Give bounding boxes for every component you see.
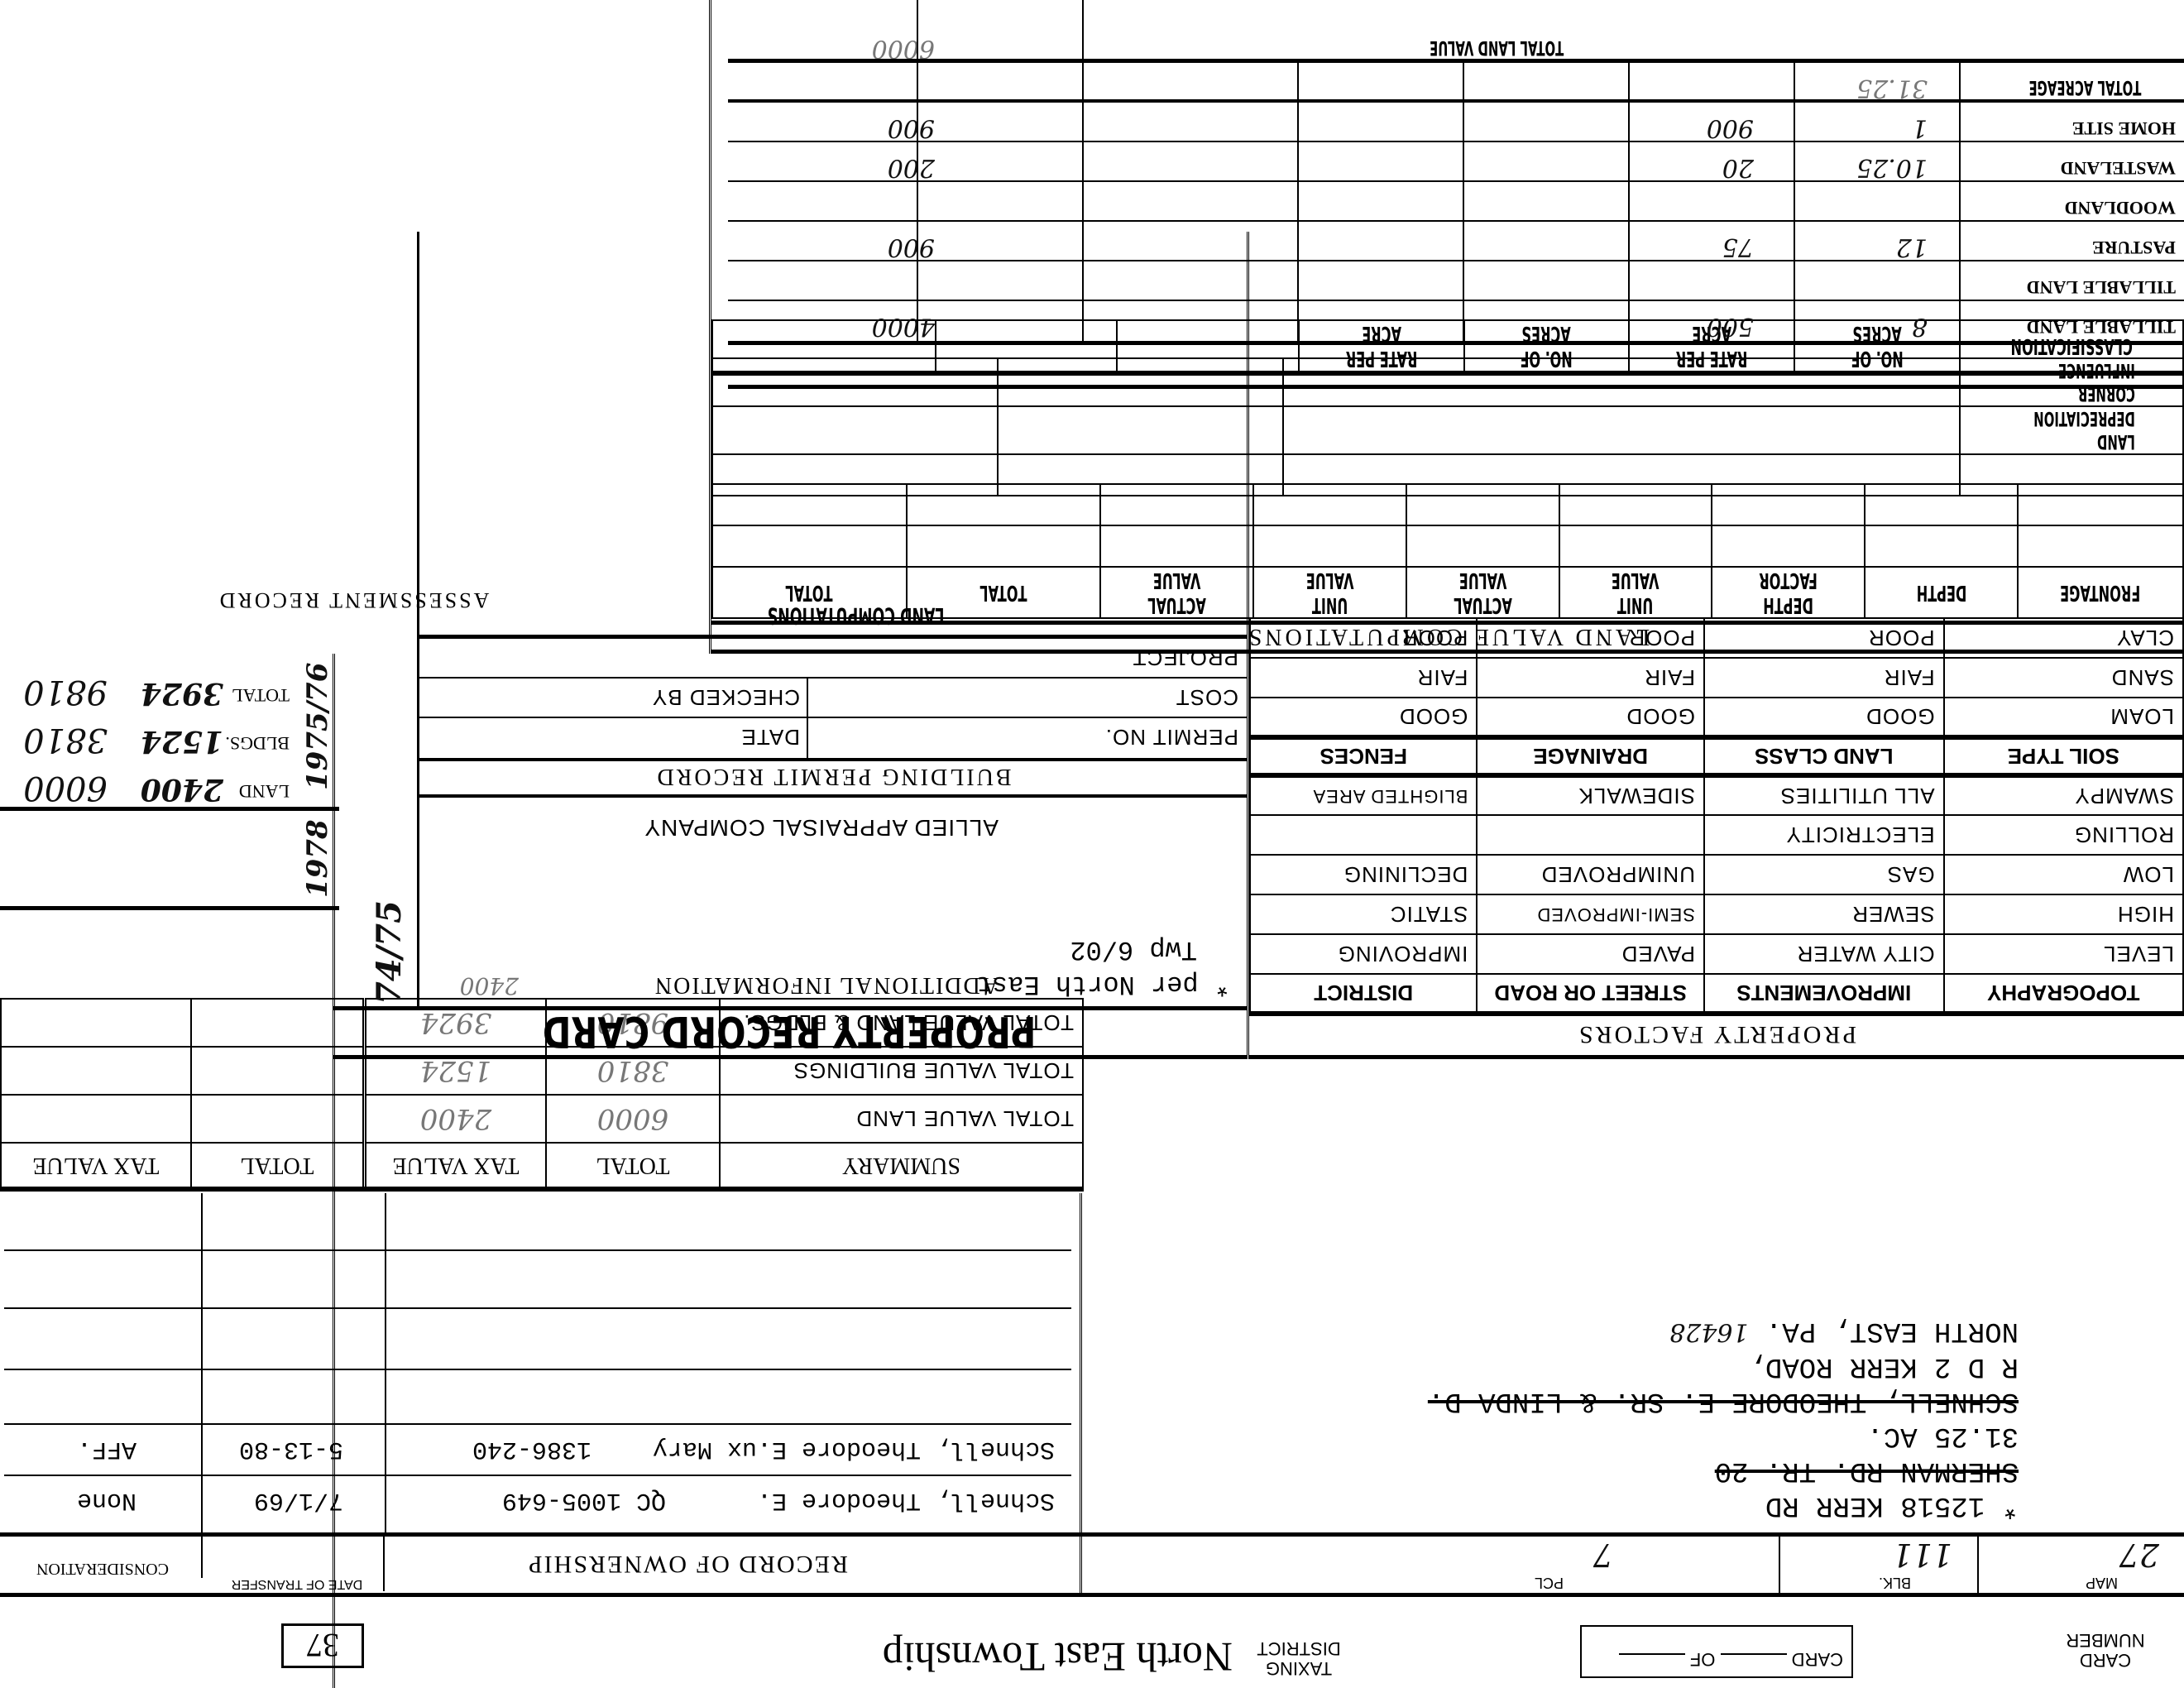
summary-col-total: TOTAL — [546, 1143, 720, 1189]
pf-option-loam[interactable]: LOAM — [1944, 698, 2183, 737]
pf-option-rolling[interactable]: ROLLING — [1944, 815, 2183, 855]
assessment-columns — [0, 654, 335, 1688]
pf-option-declining[interactable]: DECLINING — [1250, 855, 1477, 894]
lv-col-depth: DEPTH — [1916, 580, 1966, 605]
pf-option-swampy[interactable]: SWAMPY — [1944, 775, 2183, 815]
lv-col-depth-factor: DEPTH FACTOR — [1746, 568, 1830, 617]
deed-ref: QC 1005-649 — [502, 1486, 666, 1514]
pf-row: LEVEL CITY WATER PAVED IMPROVING — [1250, 934, 2183, 974]
mailing-line1: R D 2 KERR ROAD, — [1125, 1349, 2019, 1383]
additional-info: ADDITIONAL INFORMATION * per North East … — [419, 799, 1247, 1006]
pf-option-fair-checked[interactable]: FAIR — [1250, 658, 1477, 698]
permit-checked-by-label: CHECKED BY — [652, 684, 800, 710]
property-factors-title: PROPERTY FACTORS — [1249, 1018, 2184, 1059]
property-factors-table: TOPOGRAPHY IMPROVEMENTS STREET OR ROAD D… — [1249, 617, 2184, 1016]
classification-rows-area — [711, 0, 1249, 335]
pf-option-low[interactable]: LOW — [1944, 855, 2183, 894]
lv-col-total: TOTAL — [979, 580, 1027, 605]
taxing-district-value: North East Township — [883, 1633, 1233, 1681]
pf-option-fair-checked[interactable]: FAIR — [1477, 658, 1704, 698]
class-col-classification: CLASSIFICATION — [2010, 333, 2132, 358]
summary-total: 6000 — [546, 1095, 720, 1143]
pf-option-electricity[interactable]: ELECTRICITY — [1704, 815, 1944, 855]
class-col-rate: RATE PER ACRE — [1666, 321, 1757, 371]
property-address: * 12518 KERR RD — [1125, 1488, 2019, 1523]
owner-name: Schnell, Theodore E. — [757, 1486, 1055, 1514]
pf-col-land-class: LAND CLASS — [1704, 737, 1944, 775]
pf-row: LOAM GOOD GOOD GOOD — [1250, 698, 2183, 737]
summary-label: TOTAL VALUE LAND — [720, 1095, 1083, 1143]
summary-col-tax: TAX VALUE — [364, 1143, 546, 1189]
pf-col-soil-type: SOIL TYPE — [1944, 737, 2183, 775]
land-value-table: FRONTAGE DEPTH DEPTH FACTOR UNIT VALUE A… — [711, 483, 2184, 619]
pf-option-empty — [1250, 815, 1477, 855]
pf-col-drainage: DRAINAGE — [1477, 737, 1704, 775]
owner-name: Schnell, Theodore E.ux Mary — [653, 1435, 1055, 1463]
assessment-title: ASSESSMENT RECORD — [0, 587, 709, 612]
pf-option-static[interactable]: STATIC — [1250, 894, 1477, 934]
old-address: SHERMAN RD. TR. 20 — [1125, 1453, 2019, 1488]
pf-option-improving[interactable]: IMPROVING — [1250, 934, 1477, 974]
pf-col-improvements: IMPROVEMENTS — [1704, 974, 1944, 1014]
taxing-district-label: TAXING DISTRICT — [1241, 1638, 1357, 1678]
pf-option-level[interactable]: LEVEL — [1944, 934, 2183, 974]
pf-option-gas[interactable]: GAS — [1704, 855, 1944, 894]
faint-note: 2400 — [460, 972, 519, 1000]
pf-row: SWAMPY ALL UTILITIES SIDEWALK BLIGHTED A… — [1250, 775, 2183, 815]
class-col-acres: NO. OF ACRES — [1832, 321, 1923, 371]
pf-col-topography: TOPOGRAPHY — [1944, 974, 2183, 1014]
permit-no-label: PERMIT NO. — [1105, 724, 1238, 750]
pf-row: HIGH SEWER SEMI-IMPROVED STATIC — [1250, 894, 2183, 934]
land-value-row — [712, 525, 2183, 567]
building-permit-title: BUILDING PERMIT RECORD — [419, 758, 1247, 798]
building-permit-grid: PERMIT NO. DATE COST CHECKED BY PROJECT — [419, 639, 1247, 758]
land-adjustments-table: LAND DEPRECIATION CORNER INFLUENCE — [711, 357, 2184, 496]
card-title-box: PROPERTY RECORD CARD — [333, 1006, 1247, 1059]
land-depreciation-label: LAND DEPRECIATION — [2008, 407, 2135, 453]
deed-ref: 1386-240 — [472, 1435, 591, 1463]
pf-option-fair[interactable]: FAIR — [1704, 658, 1944, 698]
pcl-value: 7 — [1593, 1537, 1613, 1573]
lv-col-unit-value: UNIT VALUE — [1594, 568, 1678, 617]
zip-handwritten: 16428 — [1669, 1317, 1748, 1346]
pf-option-sand[interactable]: SAND — [1944, 658, 2183, 698]
of-label: OF — [1690, 1649, 1716, 1670]
map-value: 27 — [2119, 1537, 2159, 1573]
land-row-blank — [712, 454, 2183, 496]
pf-option-sidewalk[interactable]: SIDEWALK — [1477, 775, 1704, 815]
pf-row: SAND FAIR FAIR FAIR — [1250, 658, 2183, 698]
ownership-title: RECORD OF OWNERSHIP — [527, 1550, 848, 1578]
acreage: 31.25 AC. — [1125, 1418, 2019, 1453]
lv-col-total-2: TOTAL — [786, 580, 833, 605]
lv-col-actual-value: ACTUAL VALUE — [1441, 568, 1525, 617]
class-col-acres-2: NO. OF ACRES — [1501, 321, 1592, 371]
pf-option-blighted-area[interactable]: BLIGHTED AREA — [1250, 775, 1477, 815]
summary-tax-value: 2400 — [364, 1095, 546, 1143]
pf-option-unimproved[interactable]: UNIMPROVED — [1477, 855, 1704, 894]
pf-option-good[interactable]: GOOD — [1704, 698, 1944, 737]
pf-option-empty — [1477, 815, 1704, 855]
pf-option-semi-improved[interactable]: SEMI-IMPROVED — [1477, 894, 1704, 934]
lv-col-unit-value-2: UNIT VALUE — [1288, 568, 1372, 617]
pf-col-district: DISTRICT — [1250, 974, 1477, 1014]
lv-col-actual-value-2: ACTUAL VALUE — [1135, 568, 1219, 617]
pf-option-high[interactable]: HIGH — [1944, 894, 2183, 934]
blk-value: 111 — [1892, 1537, 1952, 1573]
owner-address-block: * 12518 KERR RD SHERMAN RD. TR. 20 31.25… — [1125, 1313, 2118, 1523]
additional-note-1: * per North East — [976, 969, 1230, 1000]
mailing-line2: NORTH EAST, PA. — [1765, 1315, 2019, 1346]
property-record-card: CARD NUMBER CARD OF TAXING DISTRICT Nort… — [0, 0, 2184, 1688]
card-title: PROPERTY RECORD CARD — [543, 1007, 1037, 1055]
pf-option-good[interactable]: GOOD — [1477, 698, 1704, 737]
permit-date-label: DATE — [741, 724, 800, 750]
blk-label: BLK. — [1879, 1574, 1911, 1591]
pf-option-all-utilities[interactable]: ALL UTILITIES — [1704, 775, 1944, 815]
pf-row: LOW GAS UNIMPROVED DECLINING — [1250, 855, 2183, 894]
assessment-record: ASSESSMENT RECORD — [0, 0, 711, 654]
map-label: MAP — [2086, 1574, 2118, 1591]
stamp-number: 74/75 — [370, 900, 409, 1005]
summary-title: SUMMARY — [720, 1143, 1083, 1189]
card-of-box[interactable]: CARD OF — [1580, 1625, 1853, 1678]
card-label: CARD — [1792, 1649, 1843, 1670]
pcl-label: PCL — [1535, 1574, 1564, 1591]
land-value-computations-title: LAND VALUE COMPUTATIONS — [711, 621, 2184, 654]
pf-option-paved[interactable]: PAVED — [1477, 934, 1704, 974]
pf-option-good[interactable]: GOOD — [1250, 698, 1477, 737]
class-col-rate-2: RATE PER ACRE — [1336, 321, 1427, 371]
lv-col-frontage: FRONTAGE — [2061, 580, 2141, 605]
additional-note-2: Twp 6/02 — [1070, 934, 1197, 965]
pf-col-street: STREET OR ROAD — [1477, 974, 1704, 1014]
permit-cost-label: COST — [1176, 684, 1238, 710]
pf-option-sewer[interactable]: SEWER — [1704, 894, 1944, 934]
pf-row: ROLLING ELECTRICITY — [1250, 815, 2183, 855]
card-number-label: CARD NUMBER — [2043, 1630, 2167, 1670]
owner-name-struck: SCHNELL, THEODORE E. SR. & LINDA D. — [1428, 1385, 2019, 1417]
company-name: ALLIED APPRAISAL COMPANY — [644, 814, 999, 841]
land-row-depreciation: LAND DEPRECIATION — [712, 406, 2183, 454]
pf-col-fences: FENCES — [1250, 737, 1477, 775]
additional-info-title: ADDITIONAL INFORMATION — [654, 971, 999, 998]
pf-option-city-water[interactable]: CITY WATER — [1704, 934, 1944, 974]
